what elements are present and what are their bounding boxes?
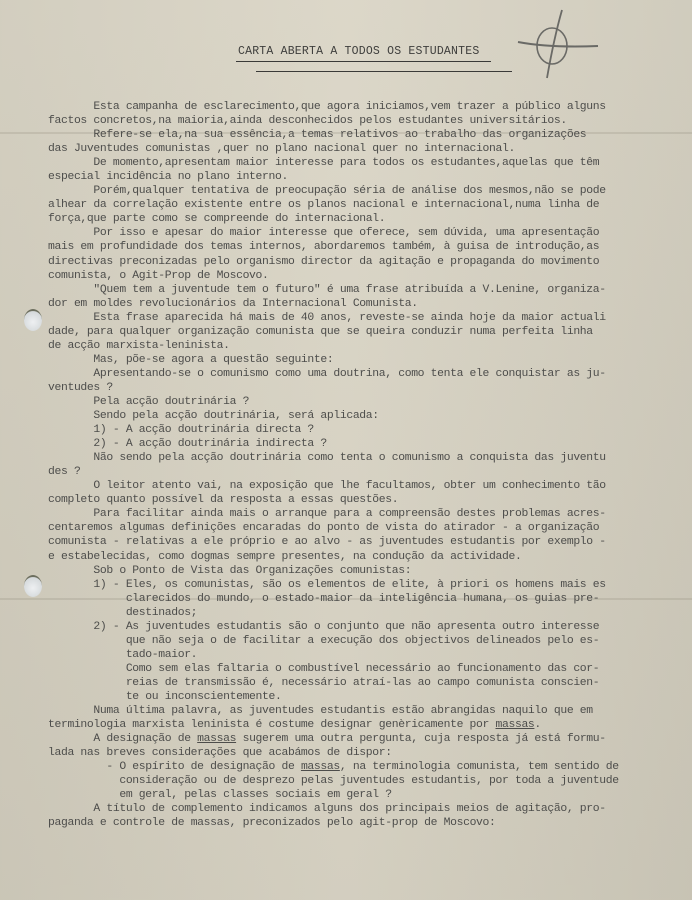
text-line: 2) - A acção doutrinária indirecta ? [48,437,658,451]
text-line: directivas preconizadas pelo organismo d… [48,255,658,269]
text-line: clarecidos do mundo, o estado-maior da i… [48,592,658,606]
text-line: reias de transmissão é, necessário atraí… [48,676,658,690]
text-line: Por isso e apesar do maior interesse que… [48,226,658,240]
text-line: que não seja o de facilitar a execução d… [48,634,658,648]
text-line: Esta frase aparecida há mais de 40 anos,… [48,311,658,325]
text-line: Não sendo pela acção doutrinária como te… [48,451,658,465]
text-line: comunista, o Agit-Prop de Moscovo. [48,269,658,283]
text-line: 2) - As juventudes estudantis são o conj… [48,620,658,634]
text-line: de acção marxista-leninista. [48,339,658,353]
text-line: 1) - A acção doutrinária directa ? [48,423,658,437]
text-line: Esta campanha de esclarecimento,que agor… [48,100,658,114]
text-line: paganda e controle de massas, preconizad… [48,816,658,830]
text-line: destinados; [48,606,658,620]
text-line: dor em moldes revolucionários da Interna… [48,297,658,311]
text-line: e estabelecidas, como dogmas sempre pres… [48,550,658,564]
text-line: factos concretos,na maioria,ainda descon… [48,114,658,128]
text-line: Como sem elas faltaria o combustível nec… [48,662,658,676]
text-line: "Quem tem a juventude tem o futuro" é um… [48,283,658,297]
text-line: Porém,qualquer tentativa de preocupação … [48,184,658,198]
text-line: completo quanto possível da resposta a e… [48,493,658,507]
text-line: em geral, pelas classes sociais em geral… [48,788,658,802]
document-title: CARTA ABERTA A TODOS OS ESTUDANTES [238,45,479,58]
text-line: - O espírito de designação de massas, na… [48,760,658,774]
text-line: te ou inconscientemente. [48,690,658,704]
text-line: Numa última palavra, as juventudes estud… [48,704,658,718]
text-line: Mas, põe-se agora a questão seguinte: [48,353,658,367]
text-line: mais em profundidade dos temas internos,… [48,240,658,254]
text-line: Refere-se ela,na sua essência,a temas re… [48,128,658,142]
text-line: 1) - Eles, os comunistas, são os element… [48,578,658,592]
text-line: alhear da correlação existente entre os … [48,198,658,212]
text-line: lada nas breves considerações que acabám… [48,746,658,760]
text-line: dade, para qualquer organização comunist… [48,325,658,339]
text-line: das Juventudes comunistas ,quer no plano… [48,142,658,156]
punch-hole [24,575,42,597]
text-line: Sendo pela acção doutrinária, será aplic… [48,409,658,423]
text-line: tado-maior. [48,648,658,662]
text-line: comunista - relativas a ele próprio e ao… [48,535,658,549]
handwritten-mark-icon [510,8,600,83]
text-line: O leitor atento vai, na exposição que lh… [48,479,658,493]
text-line: Pela acção doutrinária ? [48,395,658,409]
text-line: Para facilitar ainda mais o arranque par… [48,507,658,521]
text-line: A título de complemento indicamos alguns… [48,802,658,816]
text-line: força,que parte como se compreende do in… [48,212,658,226]
text-line: De momento,apresentam maior interesse pa… [48,156,658,170]
text-line: A designação de massas sugerem uma outra… [48,732,658,746]
punch-hole [24,309,42,331]
text-line: terminologia marxista leninista é costum… [48,718,658,732]
text-line: Sob o Ponto de Vista das Organizações co… [48,564,658,578]
document-body: Esta campanha de esclarecimento,que agor… [48,100,658,830]
text-line: consideração ou de desprezo pelas juvent… [48,774,658,788]
text-line: especial incidência no plano interno. [48,170,658,184]
text-line: Apresentando-se o comunismo como uma dou… [48,367,658,381]
text-line: des ? [48,465,658,479]
text-line: centaremos algumas definições encaradas … [48,521,658,535]
title-underline-second [256,71,512,72]
title-underline [236,61,491,62]
text-line: ventudes ? [48,381,658,395]
